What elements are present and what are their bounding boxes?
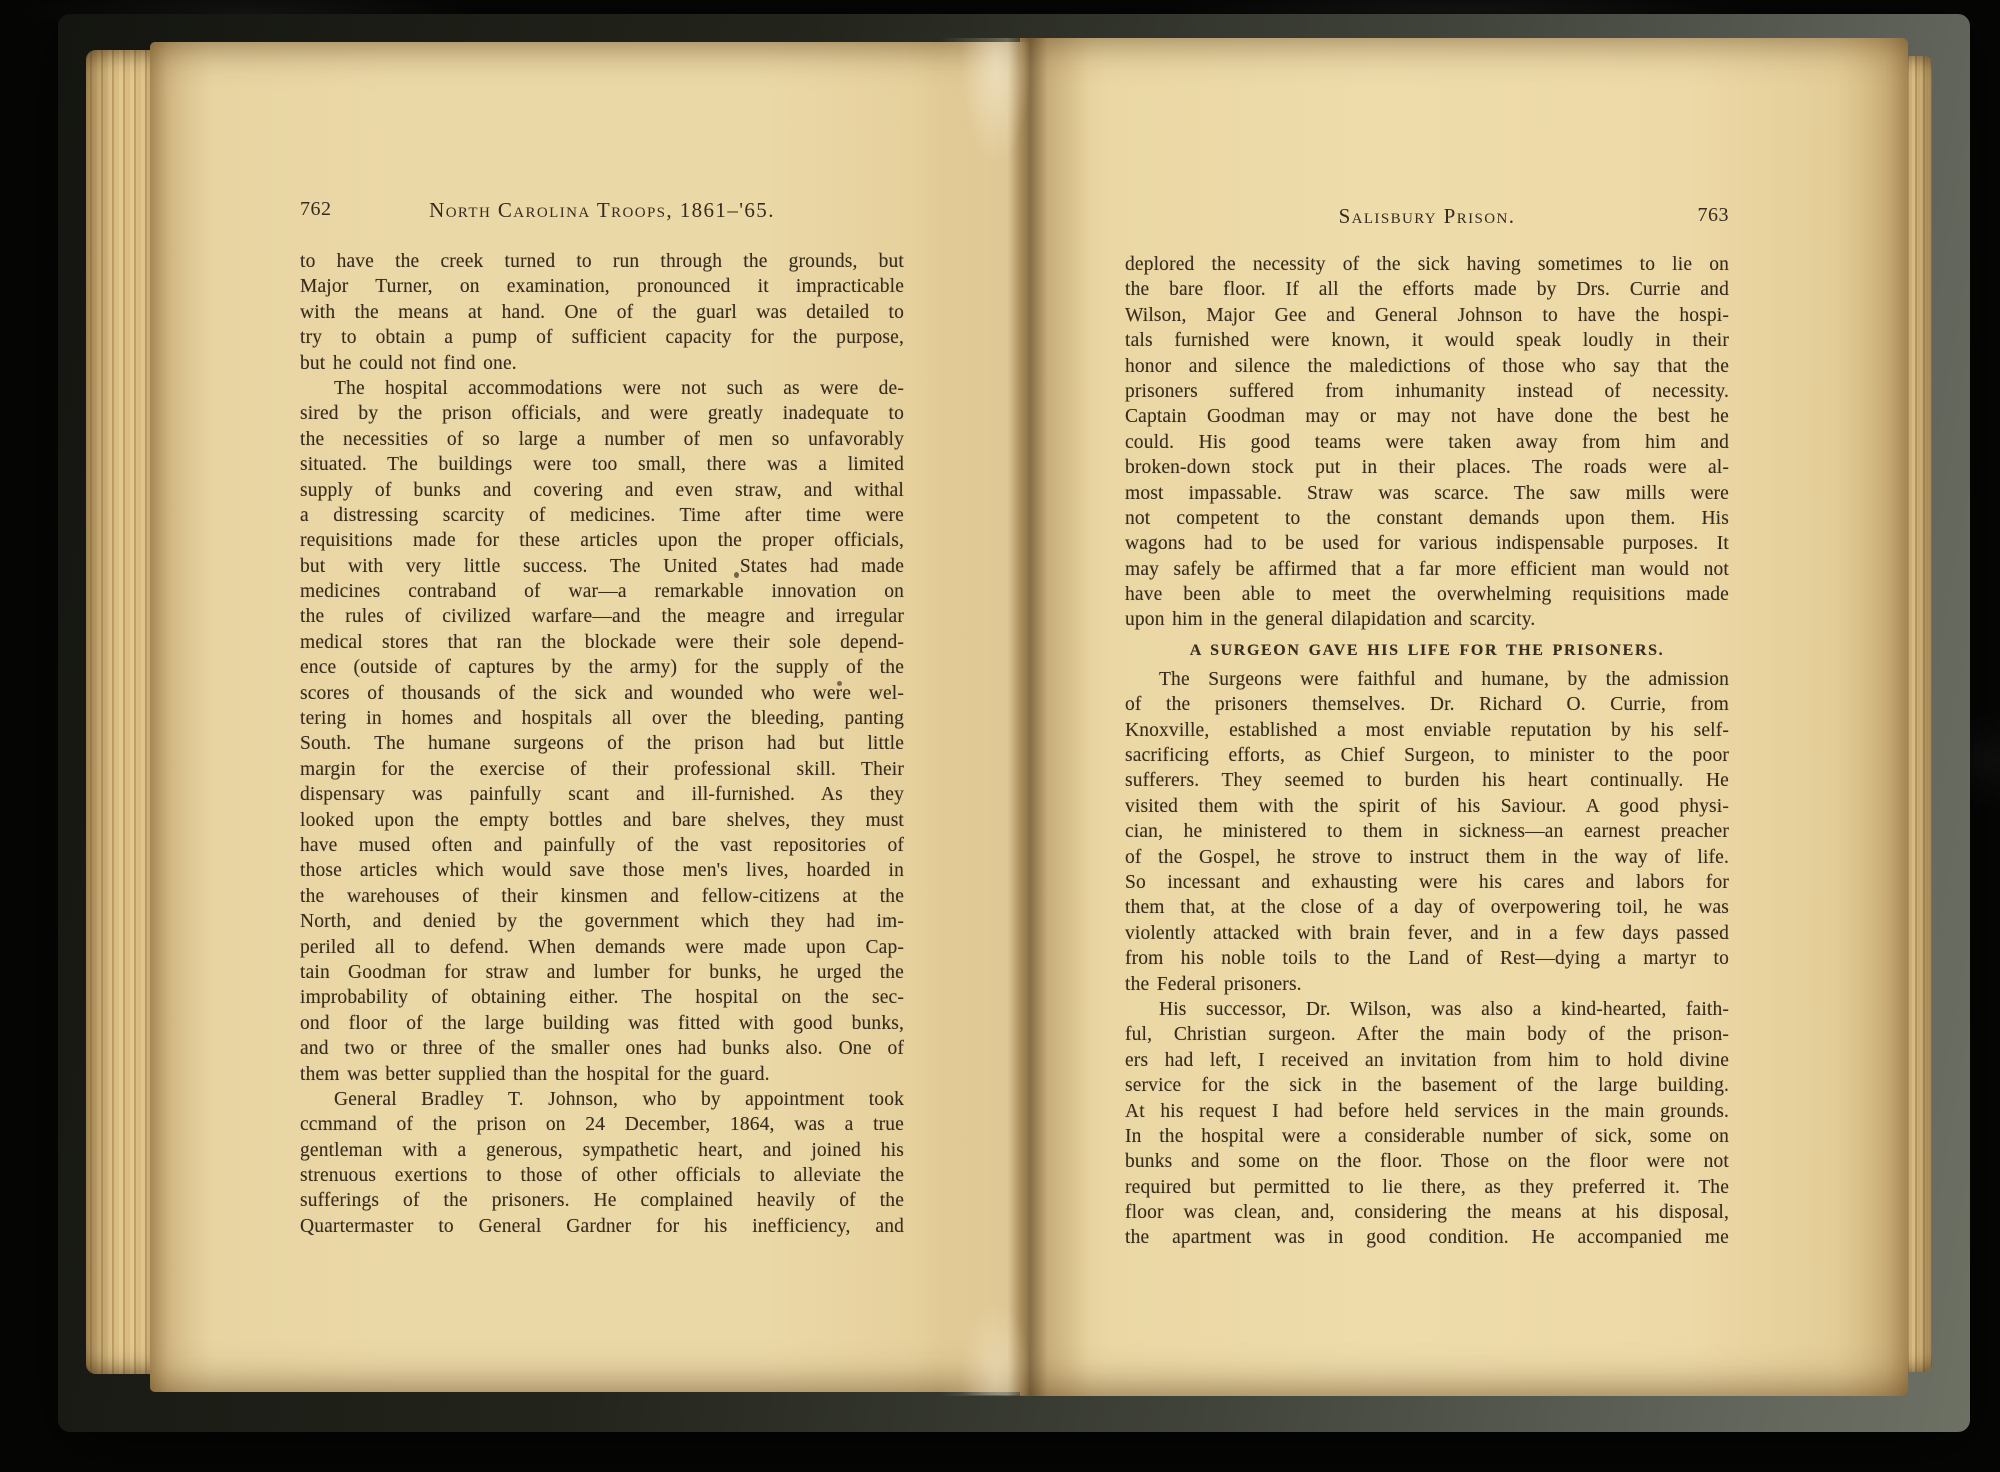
right-page-header: Salisbury Prison. 763 [1125, 204, 1729, 232]
text-line: a distressing scarcity of medicines. Tim… [300, 503, 904, 528]
text-line: sired by the prison officials, and were … [300, 401, 904, 426]
text-line: looked upon the empty bottles and bare s… [300, 808, 904, 833]
right-page-number: 763 [1698, 204, 1730, 227]
text-line: The hospital accommodations were not suc… [300, 376, 904, 401]
text-line: the warehouses of their kinsmen and fell… [300, 884, 904, 909]
text-line: ence (outside of captures by the army) f… [300, 655, 904, 680]
text-line: situated. The buildings were too small, … [300, 452, 904, 477]
text-line: The Surgeons were faithful and humane, b… [1125, 667, 1729, 692]
text-line: strenuous exertions to those of other of… [300, 1163, 904, 1188]
text-line: sacrificing efforts, as Chief Surgeon, t… [1125, 743, 1729, 768]
text-line: General Bradley T. Johnson, who by appoi… [300, 1087, 904, 1112]
text-line: with the means at hand. One of the guarl… [300, 300, 904, 325]
text-line: His successor, Dr. Wilson, was also a ki… [1125, 997, 1729, 1022]
text-line: them was better supplied than the hospit… [300, 1062, 904, 1087]
paper-speck [734, 572, 739, 578]
page-stack-edges-left [86, 50, 152, 1374]
text-line: ond floor of the large building was fitt… [300, 1011, 904, 1036]
text-line: of the prisoners themselves. Dr. Richard… [1125, 692, 1729, 717]
text-line: the rules of civilized warfare—and the m… [300, 604, 904, 629]
text-line: those articles which would save those me… [300, 858, 904, 883]
paragraph: General Bradley T. Johnson, who by appoi… [300, 1087, 904, 1239]
text-line: Quartermaster to General Gardner for his… [300, 1214, 904, 1239]
text-line: cian, he ministered to them in sickness—… [1125, 819, 1729, 844]
text-line: violently attacked with brain fever, and… [1125, 921, 1729, 946]
left-page: 762 North Carolina Troops, 1861–'65. to … [150, 42, 1020, 1392]
paragraph: to have the creek turned to run through … [300, 249, 904, 376]
text-line: periled all to defend. When demands were… [300, 935, 904, 960]
left-page-number: 762 [300, 198, 332, 221]
right-running-title: Salisbury Prison. [1125, 204, 1729, 229]
text-line: At his request I had before held service… [1125, 1099, 1729, 1124]
text-line: supply of bunks and covering and even st… [300, 478, 904, 503]
text-line: ccmmand of the prison on 24 December, 18… [300, 1112, 904, 1137]
text-line: but with very little success. The United… [300, 554, 904, 579]
text-line: the Federal prisoners. [1125, 972, 1729, 997]
text-line: required but permitted to lie there, as … [1125, 1175, 1729, 1200]
text-line: requisitions made for these articles upo… [300, 528, 904, 553]
text-line: but he could not find one. [300, 351, 904, 376]
text-line: floor was clean, and, considering the me… [1125, 1200, 1729, 1225]
text-line: have mused often and painfully of the va… [300, 833, 904, 858]
text-line: prisoners suffered from inhumanity inste… [1125, 379, 1729, 404]
text-line: have been able to meet the overwhelming … [1125, 582, 1729, 607]
text-line: ers had left, I received an invitation f… [1125, 1048, 1729, 1073]
text-line: So incessant and exhausting were his car… [1125, 870, 1729, 895]
text-line: may safely be affirmed that a far more e… [1125, 557, 1729, 582]
text-line: South. The humane surgeons of the prison… [300, 731, 904, 756]
text-line: most impassable. Straw was scarce. The s… [1125, 481, 1729, 506]
paragraph: deplored the necessity of the sick havin… [1125, 252, 1729, 633]
left-running-title: North Carolina Troops, 1861–'65. [300, 198, 904, 223]
text-line: deplored the necessity of the sick havin… [1125, 252, 1729, 277]
text-line: to have the creek turned to run through … [300, 249, 904, 274]
text-line: from his noble toils to the Land of Rest… [1125, 946, 1729, 971]
text-line: of the Gospel, he strove to instruct the… [1125, 845, 1729, 870]
text-line: could. His good teams were taken away fr… [1125, 430, 1729, 455]
text-line: scores of thousands of the sick and woun… [300, 681, 904, 706]
text-line: wagons had to be used for various indisp… [1125, 531, 1729, 556]
right-page: Salisbury Prison. 763 deplored the neces… [1020, 38, 1908, 1396]
paragraph: The hospital accommodations were not suc… [300, 376, 904, 1087]
text-line: Wilson, Major Gee and General Johnson to… [1125, 303, 1729, 328]
text-line: them that, at the close of a day of over… [1125, 895, 1729, 920]
text-line: visited them with the spirit of his Savi… [1125, 794, 1729, 819]
text-line: tering in homes and hospitals all over t… [300, 706, 904, 731]
text-line: tals furnished were known, it would spea… [1125, 328, 1729, 353]
text-line: Knoxville, established a most enviable r… [1125, 718, 1729, 743]
text-line: In the hospital were a considerable numb… [1125, 1124, 1729, 1149]
book-scan-photo: { "palette": { "background": "#060605", … [0, 0, 2000, 1472]
text-line: honor and silence the maledictions of th… [1125, 354, 1729, 379]
text-line: sufferers. They seemed to burden his hea… [1125, 768, 1729, 793]
text-line: bunks and some on the floor. Those on th… [1125, 1149, 1729, 1174]
section-heading: A SURGEON GAVE HIS LIFE FOR THE PRISONER… [1125, 639, 1729, 663]
paper-speck [837, 681, 842, 686]
left-page-header: 762 North Carolina Troops, 1861–'65. [300, 198, 904, 226]
right-page-text: deplored the necessity of the sick havin… [1125, 252, 1729, 1251]
text-line: Captain Goodman may or may not have done… [1125, 404, 1729, 429]
text-line: Major Turner, on examination, pronounced… [300, 274, 904, 299]
text-line: try to obtain a pump of sufficient capac… [300, 325, 904, 350]
text-line: service for the sick in the basement of … [1125, 1073, 1729, 1098]
text-line: improbability of obtaining either. The h… [300, 985, 904, 1010]
text-line: and two or three of the smaller ones had… [300, 1036, 904, 1061]
text-line: tain Goodman for straw and lumber for bu… [300, 960, 904, 985]
text-line: ful, Christian surgeon. After the main b… [1125, 1022, 1729, 1047]
text-line: North, and denied by the government whic… [300, 909, 904, 934]
text-line: dispensary was painfully scant and ill-f… [300, 782, 904, 807]
text-line: medical stores that ran the blockade wer… [300, 630, 904, 655]
text-line: gentleman with a generous, sympathetic h… [300, 1138, 904, 1163]
page-stack-edges-right [1904, 56, 1932, 1372]
text-line: margin for the exercise of their profess… [300, 757, 904, 782]
left-page-text: to have the creek turned to run through … [300, 249, 904, 1239]
text-line: broken-down stock put in their places. T… [1125, 455, 1729, 480]
text-line: not competent to the constant demands up… [1125, 506, 1729, 531]
text-line: the bare floor. If all the efforts made … [1125, 277, 1729, 302]
paragraph: His successor, Dr. Wilson, was also a ki… [1125, 997, 1729, 1251]
paragraph: The Surgeons were faithful and humane, b… [1125, 667, 1729, 997]
text-line: the apartment was in good condition. He … [1125, 1225, 1729, 1250]
text-line: the necessities of so large a number of … [300, 427, 904, 452]
text-line: medicines contraband of war—a remarkable… [300, 579, 904, 604]
text-line: upon him in the general dilapidation and… [1125, 607, 1729, 632]
text-line: sufferings of the prisoners. He complain… [300, 1188, 904, 1213]
